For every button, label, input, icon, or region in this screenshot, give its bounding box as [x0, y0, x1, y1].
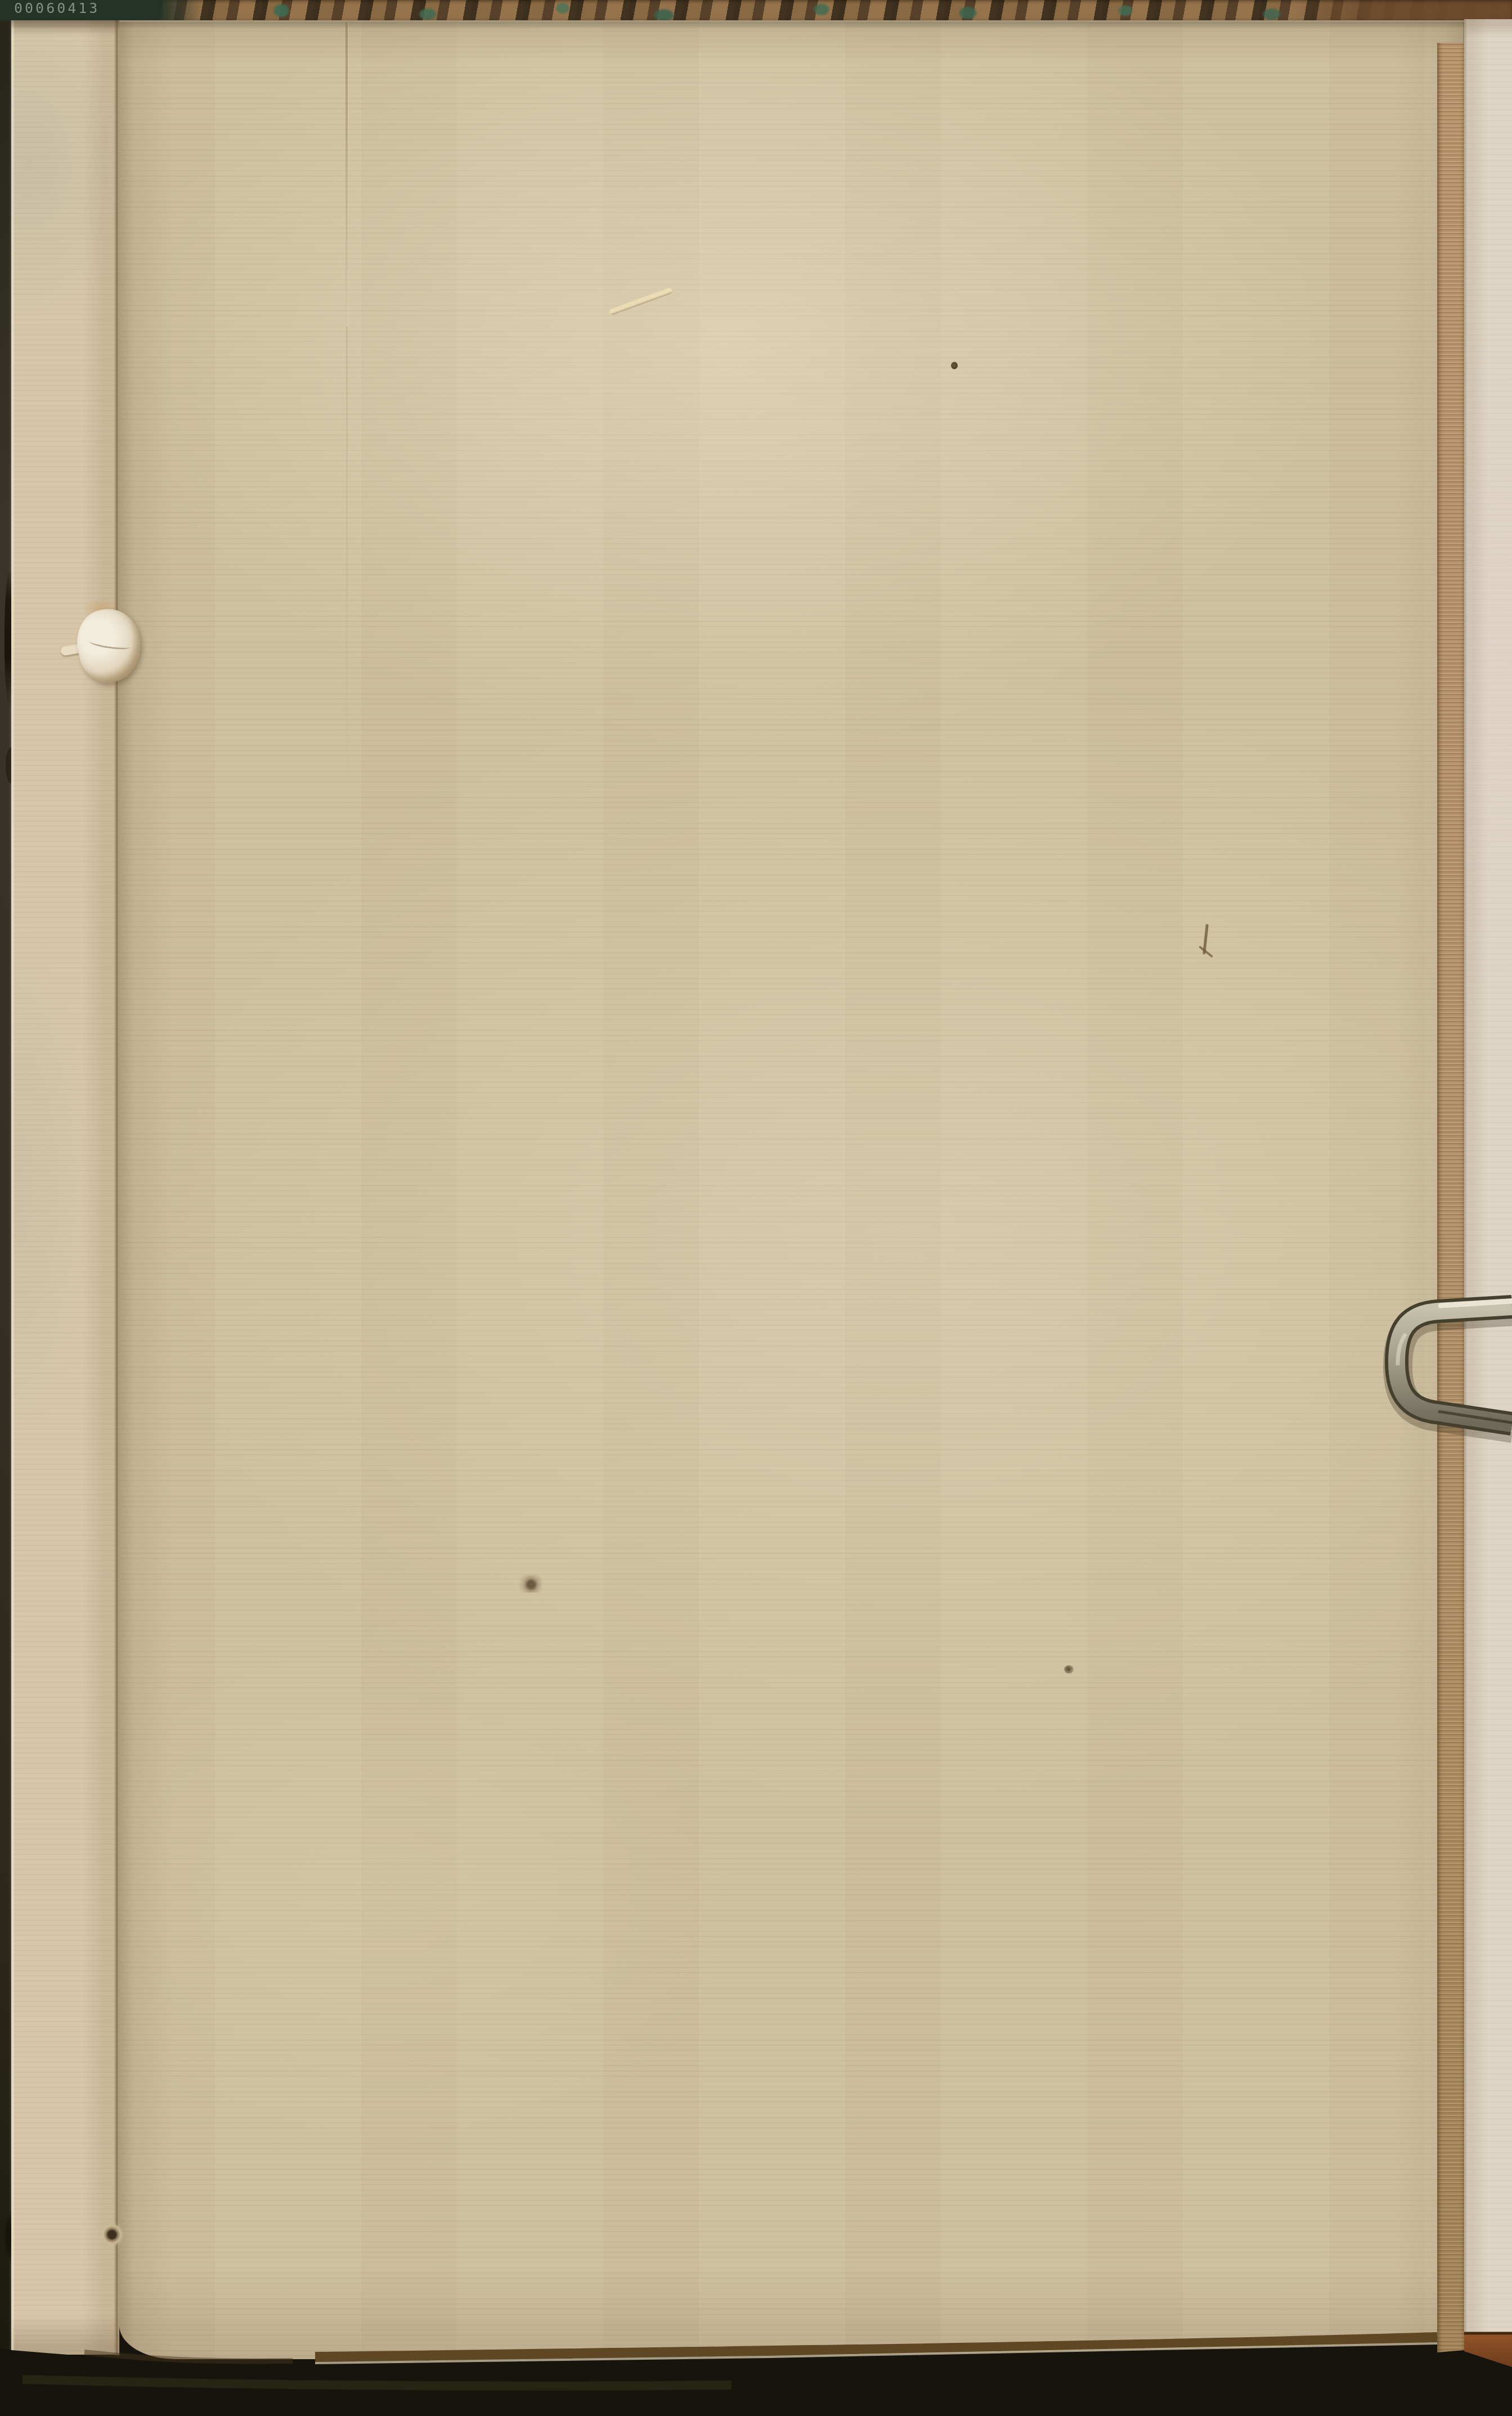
book-scan-page: 00060413 [0, 0, 1512, 2416]
spine-shadow-edge [0, 20, 11, 2357]
metal-page-clip [1373, 1278, 1512, 1458]
fore-edge-page-stack [1437, 43, 1464, 2354]
pencil-tick-mark [1196, 924, 1217, 965]
dark-speck [951, 362, 958, 369]
next-page-edge [1464, 19, 1512, 2333]
wormhole [100, 2223, 124, 2249]
blank-laid-paper-page [119, 20, 1464, 2359]
vertical-crease [346, 23, 348, 326]
binding-knot [78, 609, 141, 682]
dark-speck [1064, 1665, 1074, 1674]
dirt-smudge [515, 1575, 542, 1593]
flyleaf-gutter-page [11, 20, 119, 2355]
scan-id-stamp: 00060413 [14, 1, 100, 16]
scanner-dark-background [0, 2307, 1512, 2416]
vertical-crease-faint [346, 326, 348, 833]
top-edge-shadow [0, 20, 1464, 29]
